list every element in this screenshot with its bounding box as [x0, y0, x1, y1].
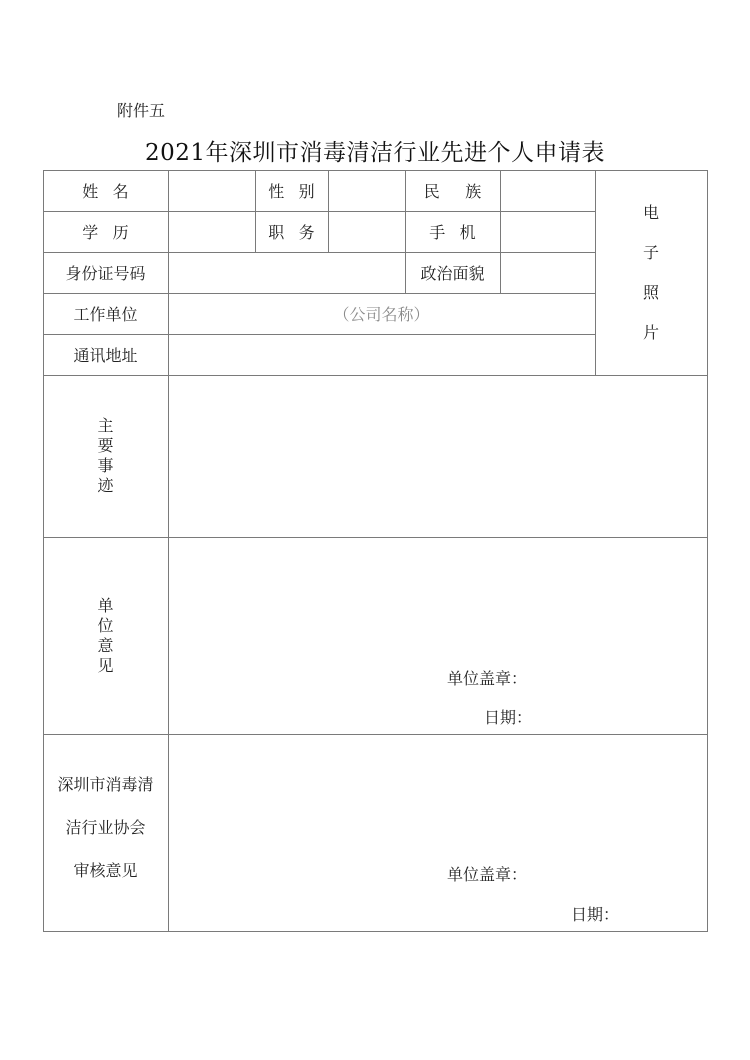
ethnicity-field[interactable]	[500, 170, 595, 211]
table-border-bottom	[43, 931, 708, 932]
attachment-label: 附件五	[117, 98, 165, 121]
id-number-field[interactable]	[168, 252, 405, 293]
photo-char: 照	[643, 273, 659, 313]
main-deeds-label: 主 要 事 迹	[43, 375, 168, 537]
name-label-text: 姓名	[82, 179, 143, 202]
position-field[interactable]	[328, 211, 405, 252]
unit-opinion-label: 单 位 意 见	[43, 537, 168, 734]
name-field[interactable]	[168, 170, 255, 211]
association-seal-label: 单位盖章：	[447, 862, 527, 885]
review-label-line: 深圳市消毒清	[57, 763, 153, 806]
unit-opinion-field[interactable]	[168, 537, 707, 734]
political-status-label: 政治面貌	[405, 252, 500, 293]
review-label-line: 审核意见	[73, 849, 137, 892]
review-label-line: 洁行业协会	[65, 806, 145, 849]
ethnicity-label-text: 民族	[424, 179, 507, 202]
political-status-field[interactable]	[500, 252, 595, 293]
id-number-label: 身份证号码	[43, 252, 168, 293]
gender-label-text: 性别	[268, 179, 329, 202]
deeds-char: 事	[97, 456, 113, 476]
mobile-field[interactable]	[500, 211, 595, 252]
association-review-field[interactable]	[168, 734, 707, 931]
mobile-label: 手机	[405, 211, 500, 252]
position-label: 职务	[255, 211, 328, 252]
position-label-text: 职务	[268, 220, 329, 243]
photo-char: 片	[643, 313, 659, 353]
ethnicity-label: 民族	[405, 170, 500, 211]
address-label: 通讯地址	[43, 334, 168, 375]
opinion-char: 位	[97, 616, 113, 636]
opinion-char: 见	[97, 656, 113, 676]
association-date-label: 日期：	[571, 902, 619, 925]
education-label: 学历	[43, 211, 168, 252]
name-label: 姓名	[43, 170, 168, 211]
gender-label: 性别	[255, 170, 328, 211]
opinion-char: 意	[97, 636, 113, 656]
address-field[interactable]	[168, 334, 595, 375]
main-deeds-field[interactable]	[168, 375, 707, 537]
mobile-label-text: 手机	[429, 220, 490, 243]
photo-char: 子	[643, 233, 659, 273]
gender-field[interactable]	[328, 170, 405, 211]
form-title: 2021年深圳市消毒清洁行业先进个人申请表	[0, 134, 750, 167]
unit-date-label: 日期：	[484, 705, 532, 728]
association-review-label: 深圳市消毒清 洁行业协会 审核意见	[43, 752, 168, 902]
employer-field[interactable]: （公司名称）	[168, 293, 595, 334]
opinion-char: 单	[97, 596, 113, 616]
table-border-right	[707, 170, 708, 932]
photo-box[interactable]: 电 子 照 片	[595, 170, 707, 375]
deeds-char: 主	[97, 416, 113, 436]
employer-label: 工作单位	[43, 293, 168, 334]
deeds-char: 迹	[97, 476, 113, 496]
education-field[interactable]	[168, 211, 255, 252]
deeds-char: 要	[97, 436, 113, 456]
unit-seal-label: 单位盖章：	[447, 666, 527, 689]
education-label-text: 学历	[82, 220, 143, 243]
photo-char: 电	[643, 193, 659, 233]
